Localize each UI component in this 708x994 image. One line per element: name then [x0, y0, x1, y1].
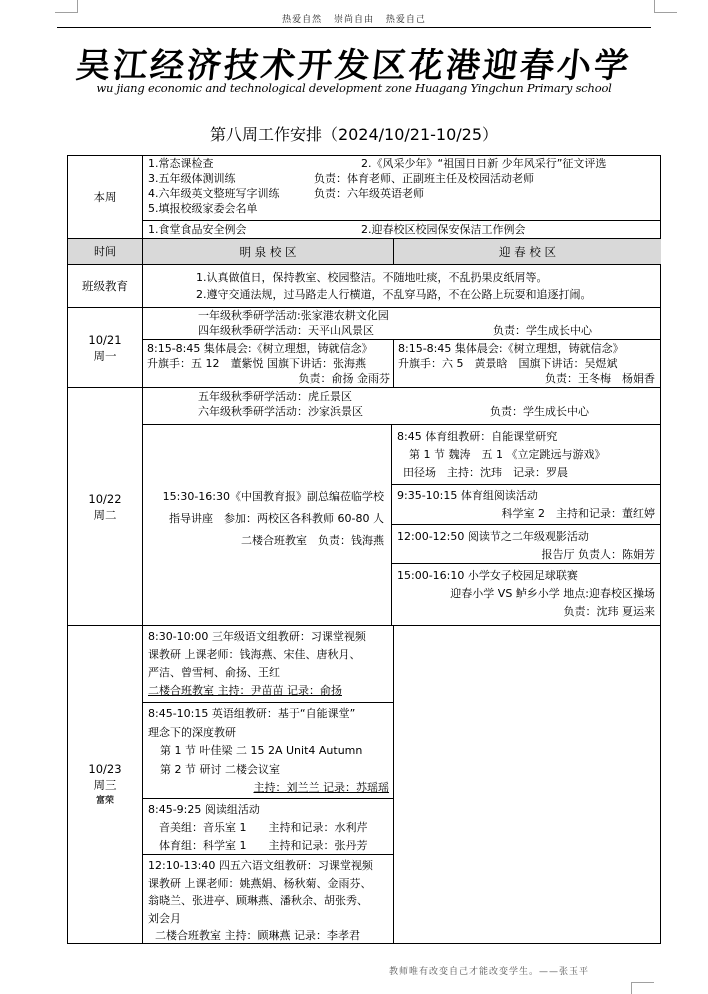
day-1022-campus-b-item: 12:00-12:50 阅读节之二年级观影活动 报告厅 负责人：陈娟芳 — [391, 524, 661, 563]
activity-line: 二楼合班教室 主持：顾琳燕 记录：李孝君 — [148, 927, 389, 944]
activity-line: 12:00-12:50 阅读节之二年级观影活动 — [397, 528, 655, 546]
activity-line: 指导讲座 参加：两校区各科教师 60-80 人 — [169, 508, 384, 530]
day-date: 10/22 — [88, 491, 121, 507]
activity-line: 体育组：科学室 1 主持和记录：张丹芳 — [148, 837, 389, 854]
day-date: 10/23 — [88, 761, 121, 777]
activity-line: 15:30-16:30《中国教育报》副总编莅临学校 — [163, 486, 384, 508]
this-week-tasks: 1.常态课检查 2.《风采少年》“祖国日日新 少年风采行”征文评选 3.五年级体… — [142, 156, 661, 220]
header-motto: 热爱自然 崇尚自由 热爱自己 — [0, 12, 708, 25]
task-item: 5.填报校级家委会名单 — [148, 202, 258, 215]
day-1023-campus-a-item: 8:45-9:25 阅读组活动 音美组：音乐室 1 主持和记录：水利芹 体育组：… — [142, 798, 393, 854]
day-date: 10/21 — [88, 332, 121, 348]
footer-quote: 教师唯有改变自己才能改变学生。——张玉平 — [389, 964, 589, 977]
school-name-en: wu jiang economic and technological deve… — [0, 81, 708, 95]
this-week-meetings: 1.食堂食品安全例会 2.迎春校区校园保安保洁工作例会 — [142, 220, 661, 238]
meeting-item: 1.食堂食品安全例会 — [148, 223, 247, 236]
day-1022-shared: 五年级秋季研学活动：虎丘景区 六年级秋季研学活动：沙家浜景区 负责：学生成长中心 — [142, 387, 661, 424]
activity-owner: 负责：王冬梅 杨娟香 — [398, 371, 655, 386]
activity-owner: 负责：学生成长中心 — [493, 323, 592, 338]
activity-line: 8:45 体育组教研：自能课堂研究 — [397, 428, 655, 446]
activity-line: 8:15-8:45 集体晨会:《树立理想，铸就信念》 — [398, 341, 655, 356]
day-1022-campus-b-item: 9:35-10:15 体育组阅读活动 科学室 2 主持和记录：董红婷 — [391, 484, 661, 524]
day-label-1023: 10/23 周三 富荣 — [68, 625, 142, 944]
activity-line: 第 2 节 研讨 二楼会议室 — [148, 761, 389, 780]
task-item: 4.六年级英文整班写字训练 — [148, 187, 280, 200]
activity-line: 主持：刘兰兰 记录：苏瑶瑶 — [148, 779, 389, 798]
day-1022-campus-b-item: 15:00-16:10 小学女子校园足球联赛 迎春小学 VS 鲈乡小学 地点:迎… — [391, 563, 661, 625]
day-1021-campus-b: 8:15-8:45 集体晨会:《树立理想，铸就信念》 升旗手：六 5 黄景晗 国… — [393, 339, 661, 387]
day-weekday: 周二 — [94, 507, 117, 523]
day-1021-shared: 一年级秋季研学活动:张家港农耕文化园 四年级秋季研学活动：天平山风景区 负责：学… — [142, 307, 661, 339]
activity-line: 刘会月 — [148, 910, 389, 928]
day-weekday: 周一 — [94, 348, 117, 364]
activity-line: 8:15-8:45 集体晨会:《树立理想，铸就信念》 — [147, 341, 390, 356]
activity-line: 一年级秋季研学活动:张家港农耕文化园 — [198, 308, 661, 323]
day-weekday: 周三 — [94, 777, 117, 793]
activity-owner: 负责：俞扬 金雨芬 — [147, 371, 390, 386]
meeting-item: 2.迎春校区校园保安保洁工作例会 — [361, 222, 526, 237]
row-label-this-week: 本周 — [68, 156, 142, 238]
header-rule — [57, 27, 651, 28]
activity-line: 12:10-13:40 四五六语文组教研：习课堂视频 — [148, 857, 389, 875]
activity-line: 第 1 节 叶佳梁 二 15 2A Unit4 Autumn — [148, 742, 389, 761]
page-corner-mark — [631, 982, 654, 994]
day-1022-campus-a: 15:30-16:30《中国教育报》副总编莅临学校 指导讲座 参加：两校区各科教… — [142, 424, 391, 625]
activity-line: 报告厅 负责人：陈娟芳 — [397, 546, 655, 563]
day-1023-campus-b — [393, 625, 661, 944]
activity-line: 田径场 主持：沈玮 记录：罗晨 — [397, 464, 655, 482]
day-1022-campus-b-item: 8:45 体育组教研：自能课堂研究 第 1 节 魏涛 五 1 《立定跳远与游戏》… — [391, 424, 661, 484]
activity-line: 科学室 2 主持和记录：董红婷 — [397, 505, 655, 523]
activity-line: 第 1 节 魏涛 五 1 《立定跳远与游戏》 — [397, 446, 655, 464]
activity-line: 二楼合班教室 负责：钱海燕 — [241, 530, 384, 552]
day-1023-campus-a-item: 12:10-13:40 四五六语文组教研：习课堂视频 课教研 上课老师：姚燕娟、… — [142, 854, 393, 944]
day-1021-campus-a: 8:15-8:45 集体晨会:《树立理想，铸就信念》 升旗手：五 12 董紫悦 … — [142, 339, 393, 387]
activity-line: 迎春小学 VS 鲈乡小学 地点:迎春校区操场 — [397, 585, 655, 603]
activity-line: 负责：沈玮 夏运来 — [397, 603, 655, 621]
activity-line: 课教研 上课老师：钱海燕、宋佳、唐秋月、 — [148, 646, 389, 664]
activity-line: 9:35-10:15 体育组阅读活动 — [397, 487, 655, 505]
row-label-class-education: 班级教育 — [68, 264, 142, 307]
day-label-1022: 10/22 周二 — [68, 387, 142, 625]
activity-line: 音美组：音乐室 1 主持和记录：水利芹 — [148, 819, 389, 837]
page-title: 第八周工作安排（2024/10/21-10/25） — [0, 122, 708, 145]
activity-line: 15:00-16:10 小学女子校园足球联赛 — [397, 567, 655, 585]
rule-item: 2.遵守交通法规，过马路走人行横道，不乱穿马路，不在公路上玩耍和追逐打闹。 — [196, 286, 661, 303]
schedule-table: 本周 1.常态课检查 2.《风采少年》“祖国日日新 少年风采行”征文评选 3.五… — [67, 155, 661, 944]
task-item: 3.五年级体测训练 — [148, 172, 236, 185]
column-header-campus-b: 迎 春 校 区 — [393, 238, 661, 264]
activity-line: 8:30-10:00 三年级语文组教研：习课堂视频 — [148, 628, 389, 646]
task-owner: 负责：体育老师、正副班主任及校园活动老师 — [314, 171, 534, 186]
class-education-content: 1.认真做值日，保持教室、校园整洁。不随地吐痰，不乱扔果皮纸屑等。 2.遵守交通… — [142, 264, 661, 307]
day-label-1021: 10/21 周一 — [68, 307, 142, 387]
school-name-cn: 吴江经济技术开发区花港迎春小学 — [0, 38, 708, 87]
signature: 富荣 — [96, 793, 114, 809]
activity-line: 严洁、曾雪柯、俞扬、王红 — [148, 664, 389, 682]
column-header-campus-a: 明 泉 校 区 — [142, 238, 393, 264]
activity-line: 二楼合班教室 主持：尹苗苗 记录：俞扬 — [148, 682, 389, 700]
task-item: 2.《风采少年》“祖国日日新 少年风采行”征文评选 — [361, 156, 606, 171]
activity-line: 六年级秋季研学活动：沙家浜景区 — [198, 404, 661, 419]
activity-line: 8:45-9:25 阅读组活动 — [148, 801, 389, 819]
day-1023-campus-a-item: 8:45-10:15 英语组教研：基于“自能课堂” 理念下的深度教研 第 1 节… — [142, 702, 393, 798]
rule-item: 1.认真做值日，保持教室、校园整洁。不随地吐痰，不乱扔果皮纸屑等。 — [196, 269, 661, 286]
task-owner: 负责：六年级英语老师 — [314, 186, 424, 201]
activity-line: 课教研 上课老师：姚燕娟、杨秋菊、金雨芬、 — [148, 875, 389, 893]
activity-line: 升旗手：五 12 董紫悦 国旗下讲话：张海燕 — [147, 356, 390, 371]
activity-line: 8:45-10:15 英语组教研：基于“自能课堂” — [148, 705, 389, 724]
activity-line: 升旗手：六 5 黄景晗 国旗下讲话：吴煜斌 — [398, 356, 655, 371]
column-header-time: 时间 — [68, 238, 142, 264]
day-1023-campus-a-item: 8:30-10:00 三年级语文组教研：习课堂视频 课教研 上课老师：钱海燕、宋… — [142, 625, 393, 702]
activity-line: 翁晓兰、张进亭、顾琳燕、潘秋余、胡张秀、 — [148, 892, 389, 910]
activity-line: 五年级秋季研学活动：虎丘景区 — [198, 389, 661, 404]
activity-owner: 负责：学生成长中心 — [490, 404, 589, 419]
task-item: 1.常态课检查 — [148, 157, 214, 170]
activity-line: 理念下的深度教研 — [148, 724, 389, 743]
